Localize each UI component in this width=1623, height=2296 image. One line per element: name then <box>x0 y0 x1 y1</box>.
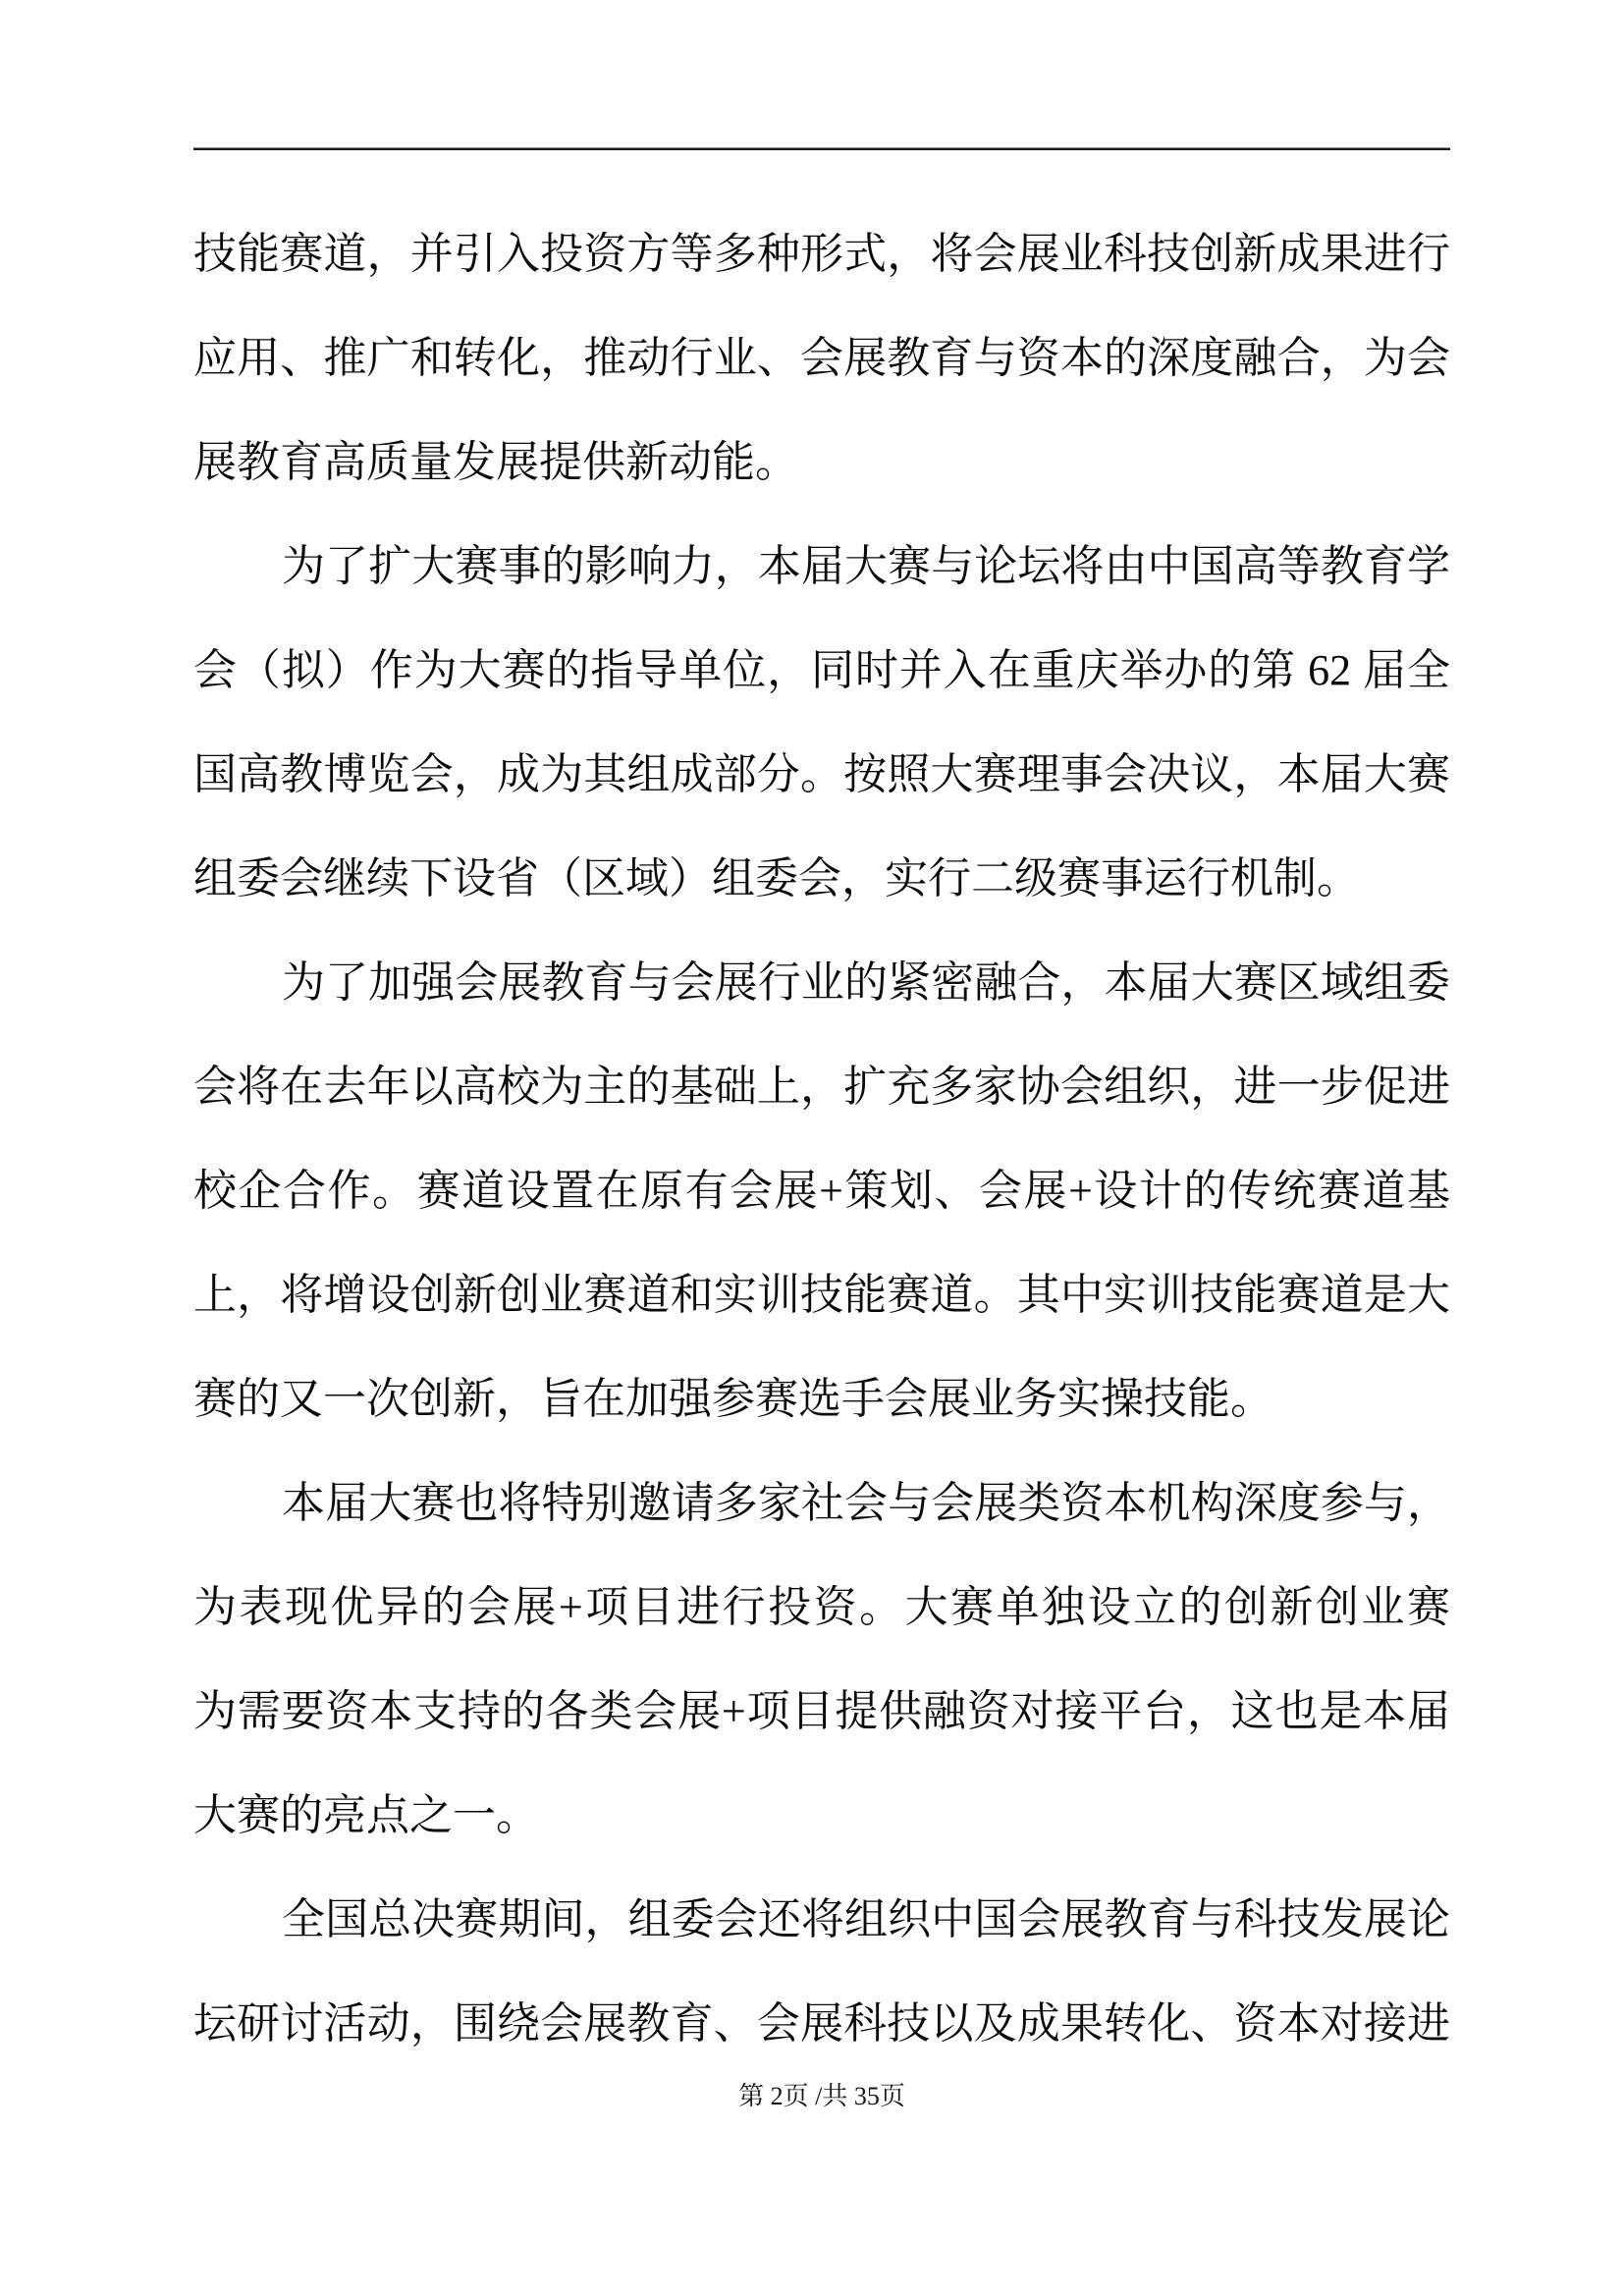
text-line: 本届大赛也将特别邀请多家社会与会展类资本机构深度参与， <box>193 1451 1450 1556</box>
text-line: 国高教博览会，成为其组成部分。按照大赛理事会决议，本届大赛 <box>193 723 1450 827</box>
text-line: 展教育高质量发展提供新动能。 <box>193 410 1450 515</box>
text-line: 校企合作。赛道设置在原有会展+策划、会展+设计的传统赛道基础 <box>193 1139 1450 1243</box>
text-line: 为表现优异的会展+项目进行投资。大赛单独设立的创新创业赛道， <box>193 1556 1450 1660</box>
body-text: 技能赛道，并引入投资方等多种形式，将会展业科技创新成果进行 应用、推广和转化，推… <box>193 202 1450 2076</box>
header-rule <box>193 147 1450 150</box>
page-number-footer: 第 2页 /共 35页 <box>193 2080 1450 2113</box>
text-line: 坛研讨活动，围绕会展教育、会展科技以及成果转化、资本对接进 <box>193 1972 1450 2076</box>
text-line: 会将在去年以高校为主的基础上，扩充多家协会组织，进一步促进 <box>193 1035 1450 1139</box>
text-line: 全国总决赛期间，组委会还将组织中国会展教育与科技发展论 <box>193 1868 1450 1972</box>
text-line: 上，将增设创新创业赛道和实训技能赛道。其中实训技能赛道是大 <box>193 1243 1450 1347</box>
document-page: 技能赛道，并引入投资方等多种形式，将会展业科技创新成果进行 应用、推广和转化，推… <box>0 0 1623 2296</box>
text-line: 为了加强会展教育与会展行业的紧密融合，本届大赛区域组委 <box>193 931 1450 1035</box>
text-line: 技能赛道，并引入投资方等多种形式，将会展业科技创新成果进行 <box>193 202 1450 306</box>
text-line: 为需要资本支持的各类会展+项目提供融资对接平台，这也是本届 <box>193 1660 1450 1764</box>
text-line: 赛的又一次创新，旨在加强参赛选手会展业务实操技能。 <box>193 1347 1450 1451</box>
text-line: 会（拟）作为大赛的指导单位，同时并入在重庆举办的第 62 届全 <box>193 619 1450 723</box>
text-line: 为了扩大赛事的影响力，本届大赛与论坛将由中国高等教育学 <box>193 515 1450 619</box>
text-line: 应用、推广和转化，推动行业、会展教育与资本的深度融合，为会 <box>193 306 1450 410</box>
text-line: 组委会继续下设省（区域）组委会，实行二级赛事运行机制。 <box>193 827 1450 931</box>
text-line: 大赛的亮点之一。 <box>193 1764 1450 1868</box>
